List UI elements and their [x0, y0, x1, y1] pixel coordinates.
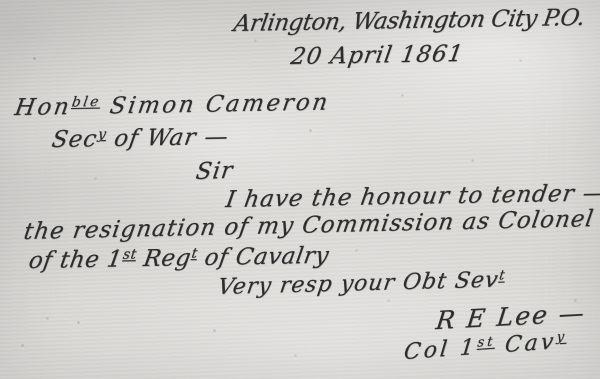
- letter-signature-title: Col 1st Cavy: [403, 329, 568, 366]
- signature-title-superscript-st: st: [477, 334, 497, 350]
- letter-date-line: 20 April 1861: [289, 41, 466, 70]
- scanned-letter-page: Arlington, Washington City P.O. 20 April…: [0, 0, 600, 379]
- closing-text: Very resp your Obt Sev: [216, 268, 500, 300]
- signature-title-superscript-y: y: [556, 329, 568, 345]
- body-line-3-part-1: of the 1: [27, 246, 124, 274]
- recipient-name-superscript: ble: [71, 94, 102, 111]
- letter-place-line: Arlington, Washington City P.O.: [232, 5, 586, 37]
- signature-title-part-1: Col 1: [403, 335, 479, 365]
- paper-speckle-texture: [0, 0, 1, 1]
- letter-recipient-name: Honble Simon Cameron: [13, 89, 332, 121]
- recipient-title-text: Sec: [50, 126, 99, 153]
- letter-body-line-3: of the 1st Regt of Cavalry: [27, 243, 331, 274]
- letter-recipient-title: Secy of War —: [50, 124, 231, 153]
- recipient-name-rest: Simon Cameron: [98, 89, 332, 119]
- letter-salutation: Sir: [194, 158, 235, 185]
- signature-title-part-2: Cav: [494, 329, 558, 359]
- body-line-3-part-3: of Cavalry: [195, 243, 331, 271]
- recipient-name-text: Hon: [13, 94, 73, 121]
- body-line-3-part-2: Reg: [134, 245, 193, 272]
- recipient-title-rest: of War —: [104, 124, 231, 152]
- closing-superscript-t: t: [498, 268, 507, 283]
- letter-closing: Very resp your Obt Sevt: [216, 267, 507, 300]
